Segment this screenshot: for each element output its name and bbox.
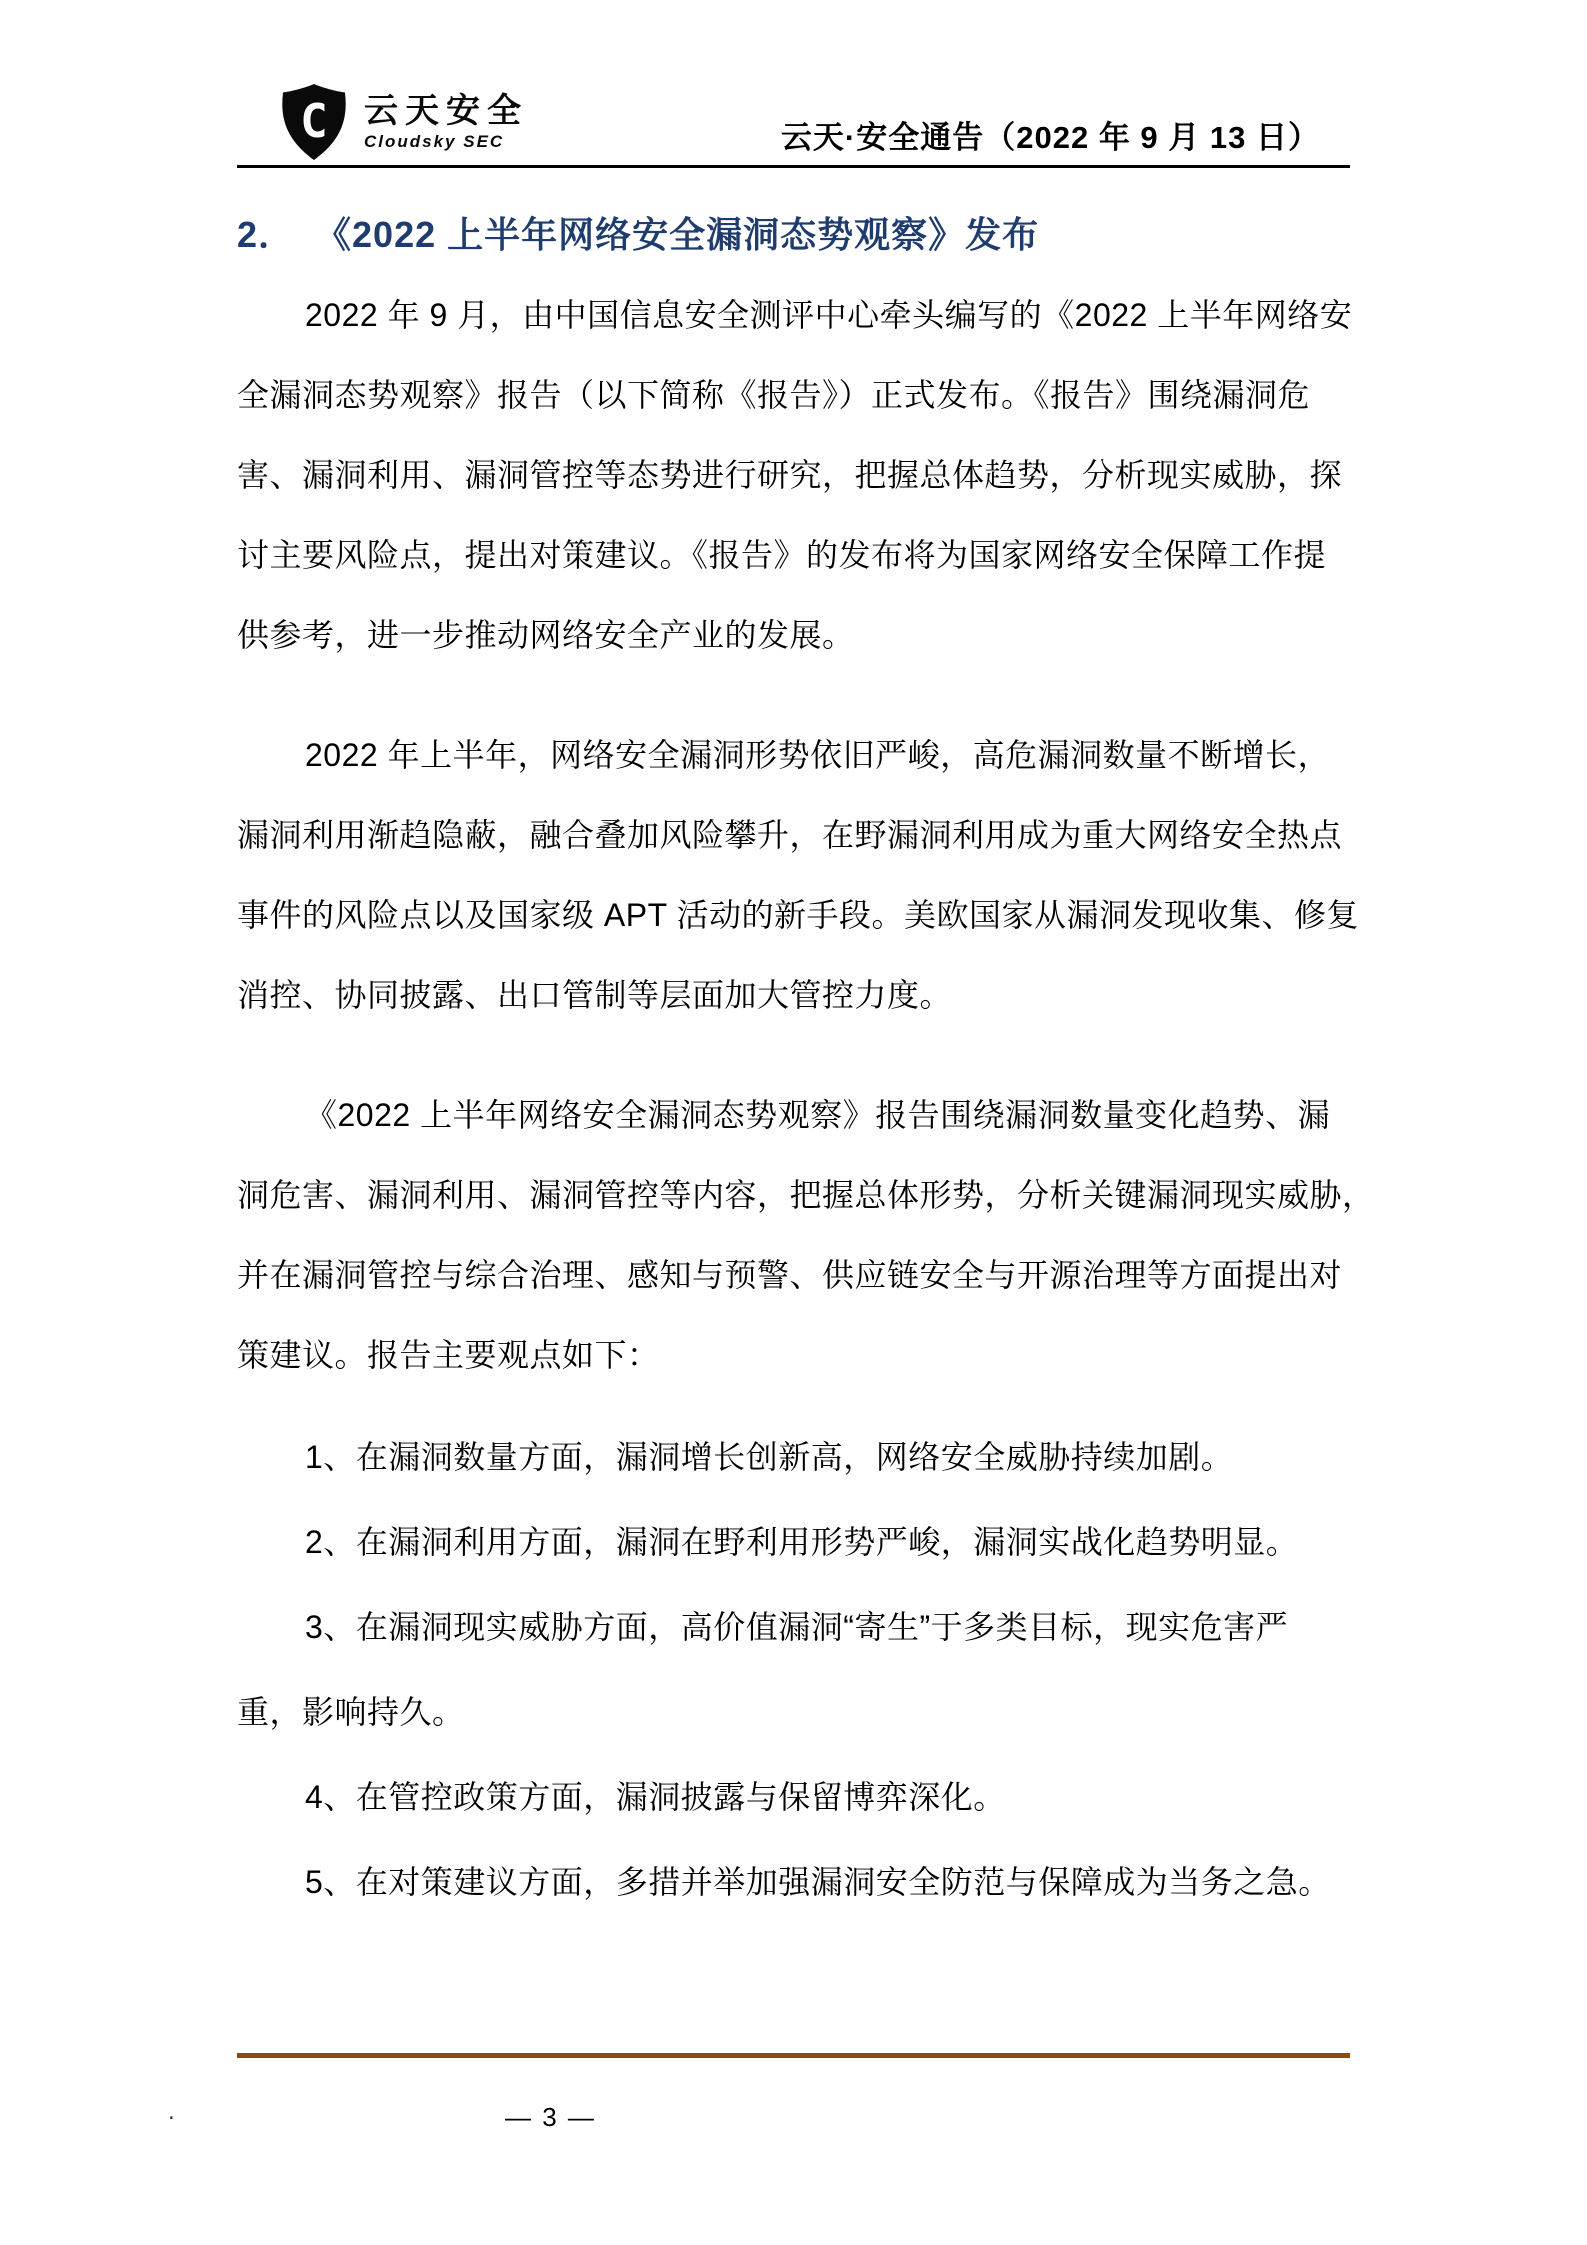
text-line: 害、漏洞利用、漏洞管控等态势进行研究，把握总体趋势，分析现实威胁，探 [237,435,1350,515]
document-page: C 云天安全 Cloudsky SEC 云天·安全通告（2022 年 9 月 1… [0,0,1587,2245]
page-number: — 3 — [505,2102,596,2133]
text-line: 策建议。报告主要观点如下： [237,1315,1350,1395]
list-item: 2、在漏洞利用方面，漏洞在野利用形势严峻，漏洞实战化趋势明显。 [237,1502,1350,1582]
footer-left-mark: . [168,2098,175,2126]
section-heading: 2．《2022 上半年网络安全漏洞态势观察》发布 [237,205,1039,265]
list-item: 1、在漏洞数量方面，漏洞增长创新高，网络安全威胁持续加剧。 [237,1417,1350,1497]
list-item: 4、在管控政策方面，漏洞披露与保留博弈深化。 [237,1757,1350,1837]
document-body: 2022 年 9 月，由中国信息安全测评中心牵头编写的《2022 上半年网络安 … [237,275,1350,1922]
footer-rule [237,2053,1350,2058]
key-points-list: 1、在漏洞数量方面，漏洞增长创新高，网络安全威胁持续加剧。 2、在漏洞利用方面，… [237,1417,1350,1922]
list-item: 5、在对策建议方面，多措并举加强漏洞安全防范与保障成为当务之急。 [237,1842,1350,1922]
brand-logo: C 云天安全 Cloudsky SEC [278,82,528,162]
text-line: 消控、协同披露、出口管制等层面加大管控力度。 [237,955,1350,1035]
paragraph-3: 《2022 上半年网络安全漏洞态势观察》报告围绕漏洞数量变化趋势、漏 洞危害、漏… [237,1075,1350,1395]
text-line: 全漏洞态势观察》报告（以下简称《报告》）正式发布。《报告》围绕漏洞危 [237,355,1350,435]
text-line: 供参考，进一步推动网络安全产业的发展。 [237,595,1350,675]
shield-c-logo-icon: C [278,82,350,162]
list-item: 3、在漏洞现实威胁方面，高价值漏洞“寄生”于多类目标，现实危害严 [237,1587,1350,1667]
section-title: 《2022 上半年网络安全漏洞态势观察》发布 [333,214,1039,255]
brand-name-cn: 云天安全 [364,91,528,131]
text-line: 漏洞利用渐趋隐蔽，融合叠加风险攀升，在野漏洞利用成为重大网络安全热点 [237,795,1350,875]
logo-letter: C [300,94,328,148]
text-line: 洞危害、漏洞利用、漏洞管控等内容，把握总体形势，分析关键漏洞现实威胁， [237,1155,1350,1235]
section-number: 2． [237,214,295,255]
text-line: 并在漏洞管控与综合治理、感知与预警、供应链安全与开源治理等方面提出对 [237,1235,1350,1315]
list-item-continuation: 重，影响持久。 [237,1672,1350,1752]
text-line: 《2022 上半年网络安全漏洞态势观察》报告围绕漏洞数量变化趋势、漏 [237,1075,1350,1155]
brand-name-en: Cloudsky SEC [364,131,528,153]
text-line: 事件的风险点以及国家级 APT 活动的新手段。美欧国家从漏洞发现收集、修复 [237,875,1350,955]
paragraph-2: 2022 年上半年，网络安全漏洞形势依旧严峻，高危漏洞数量不断增长， 漏洞利用渐… [237,715,1350,1035]
text-line: 2022 年 9 月，由中国信息安全测评中心牵头编写的《2022 上半年网络安 [237,275,1350,355]
header-rule [237,165,1350,168]
document-header-title: 云天·安全通告（2022 年 9 月 13 日） [781,112,1320,157]
brand-text: 云天安全 Cloudsky SEC [364,91,528,153]
paragraph-1: 2022 年 9 月，由中国信息安全测评中心牵头编写的《2022 上半年网络安 … [237,275,1350,675]
text-line: 2022 年上半年，网络安全漏洞形势依旧严峻，高危漏洞数量不断增长， [237,715,1350,795]
text-line: 讨主要风险点，提出对策建议。《报告》的发布将为国家网络安全保障工作提 [237,515,1350,595]
